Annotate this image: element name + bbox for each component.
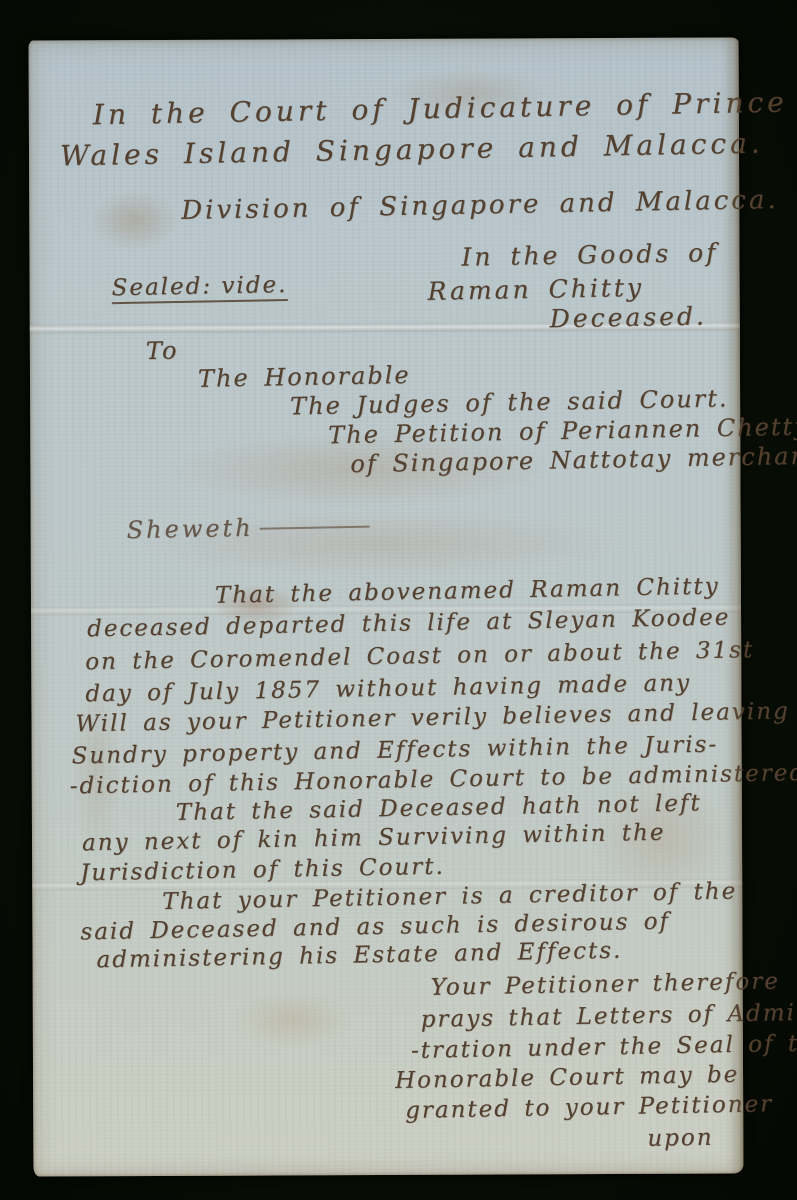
prayer-line: Your Petitioner therefore: [430, 968, 780, 1000]
salutation-to: To: [146, 336, 179, 365]
prayer-line: Honorable Court may be: [395, 1062, 740, 1094]
court-heading-line-1: In the Court of Judicature of Prince of: [93, 85, 797, 132]
prayer-line: granted to your Petitioner: [405, 1091, 773, 1124]
body-line: That the abovenamed Raman Chitty: [215, 573, 720, 608]
margin-note: Sealed: vide.: [111, 272, 287, 304]
court-heading-line-2: Wales Island Singapore and Malacca.: [60, 127, 764, 173]
division-line: Division of Singapore and Malacca.: [181, 185, 779, 226]
catchword: upon: [647, 1125, 714, 1152]
body-line: deceased departed this life at Sleyan Ko…: [87, 605, 731, 643]
document-paper: In the Court of Judicature of Prince of …: [29, 37, 744, 1176]
body-line: Jurisdiction of this Court.: [80, 854, 445, 887]
body-line: any next of kin him Surviving within the: [82, 820, 666, 857]
goods-line-2: Raman Chitty: [427, 273, 644, 306]
address-line-1: The Honorable: [198, 361, 411, 393]
prayer-line: -tration under the Seal of this: [411, 1030, 797, 1064]
body-line: on the Coromendel Coast on or about the …: [85, 637, 754, 675]
sheweth-label: Sheweth: [126, 512, 369, 544]
handwritten-text-layer: In the Court of Judicature of Prince of …: [29, 37, 744, 1176]
prayer-line: prays that Letters of Adminis-: [421, 999, 797, 1033]
goods-line-1: In the Goods of: [461, 238, 718, 272]
goods-line-3: Deceased.: [549, 301, 707, 333]
scan-background: In the Court of Judicature of Prince of …: [0, 0, 797, 1200]
